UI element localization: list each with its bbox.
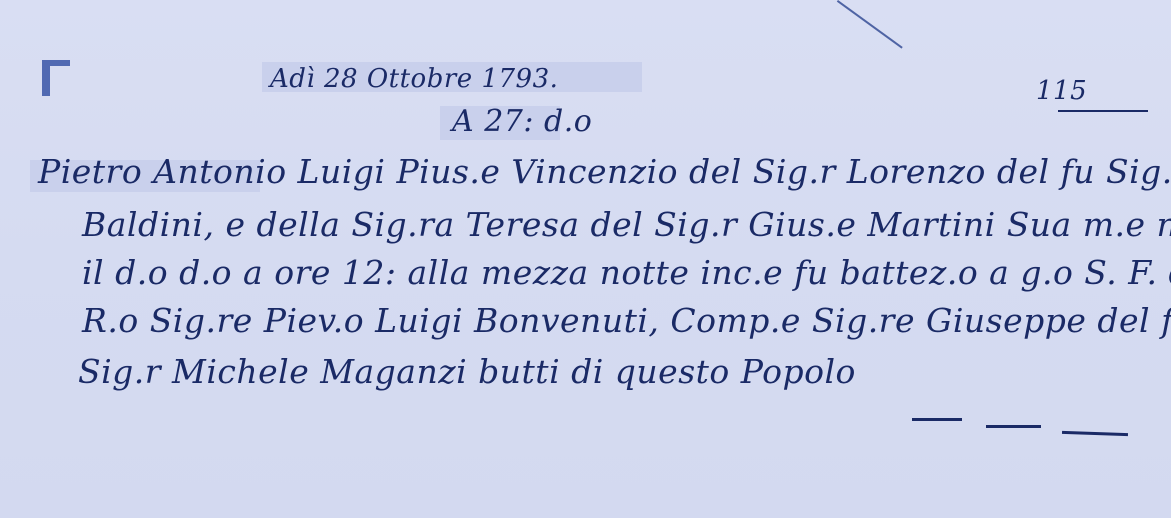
scanned-document-page: Adì 28 Ottobre 1793. A 27: d.o 115 Pietr…: [0, 0, 1171, 518]
closing-dash-3: [1062, 431, 1128, 436]
entry-date: Adì 28 Ottobre 1793.: [270, 64, 558, 94]
corner-mark-icon: [42, 60, 50, 96]
closing-dash-2: [986, 425, 1041, 428]
folio-number: 115: [1036, 76, 1087, 106]
body-line-1: Pietro Antonio Luigi Pius.e Vincenzio de…: [38, 152, 1171, 191]
body-line-4: R.o Sig.re Piev.o Luigi Bonvenuti, Comp.…: [82, 301, 1171, 340]
closing-dash-1: [912, 418, 962, 421]
decorative-pen-stroke: [837, 0, 903, 49]
body-line-3: il d.o d.o a ore 12: alla mezza notte in…: [82, 253, 1171, 292]
body-line-5: Sig.r Michele Maganzi butti di questo Po…: [78, 352, 856, 391]
folio-underline: [1058, 110, 1148, 112]
body-line-2: Baldini, e della Sig.ra Teresa del Sig.r…: [82, 205, 1171, 244]
entry-day: A 27: d.o: [452, 104, 592, 139]
